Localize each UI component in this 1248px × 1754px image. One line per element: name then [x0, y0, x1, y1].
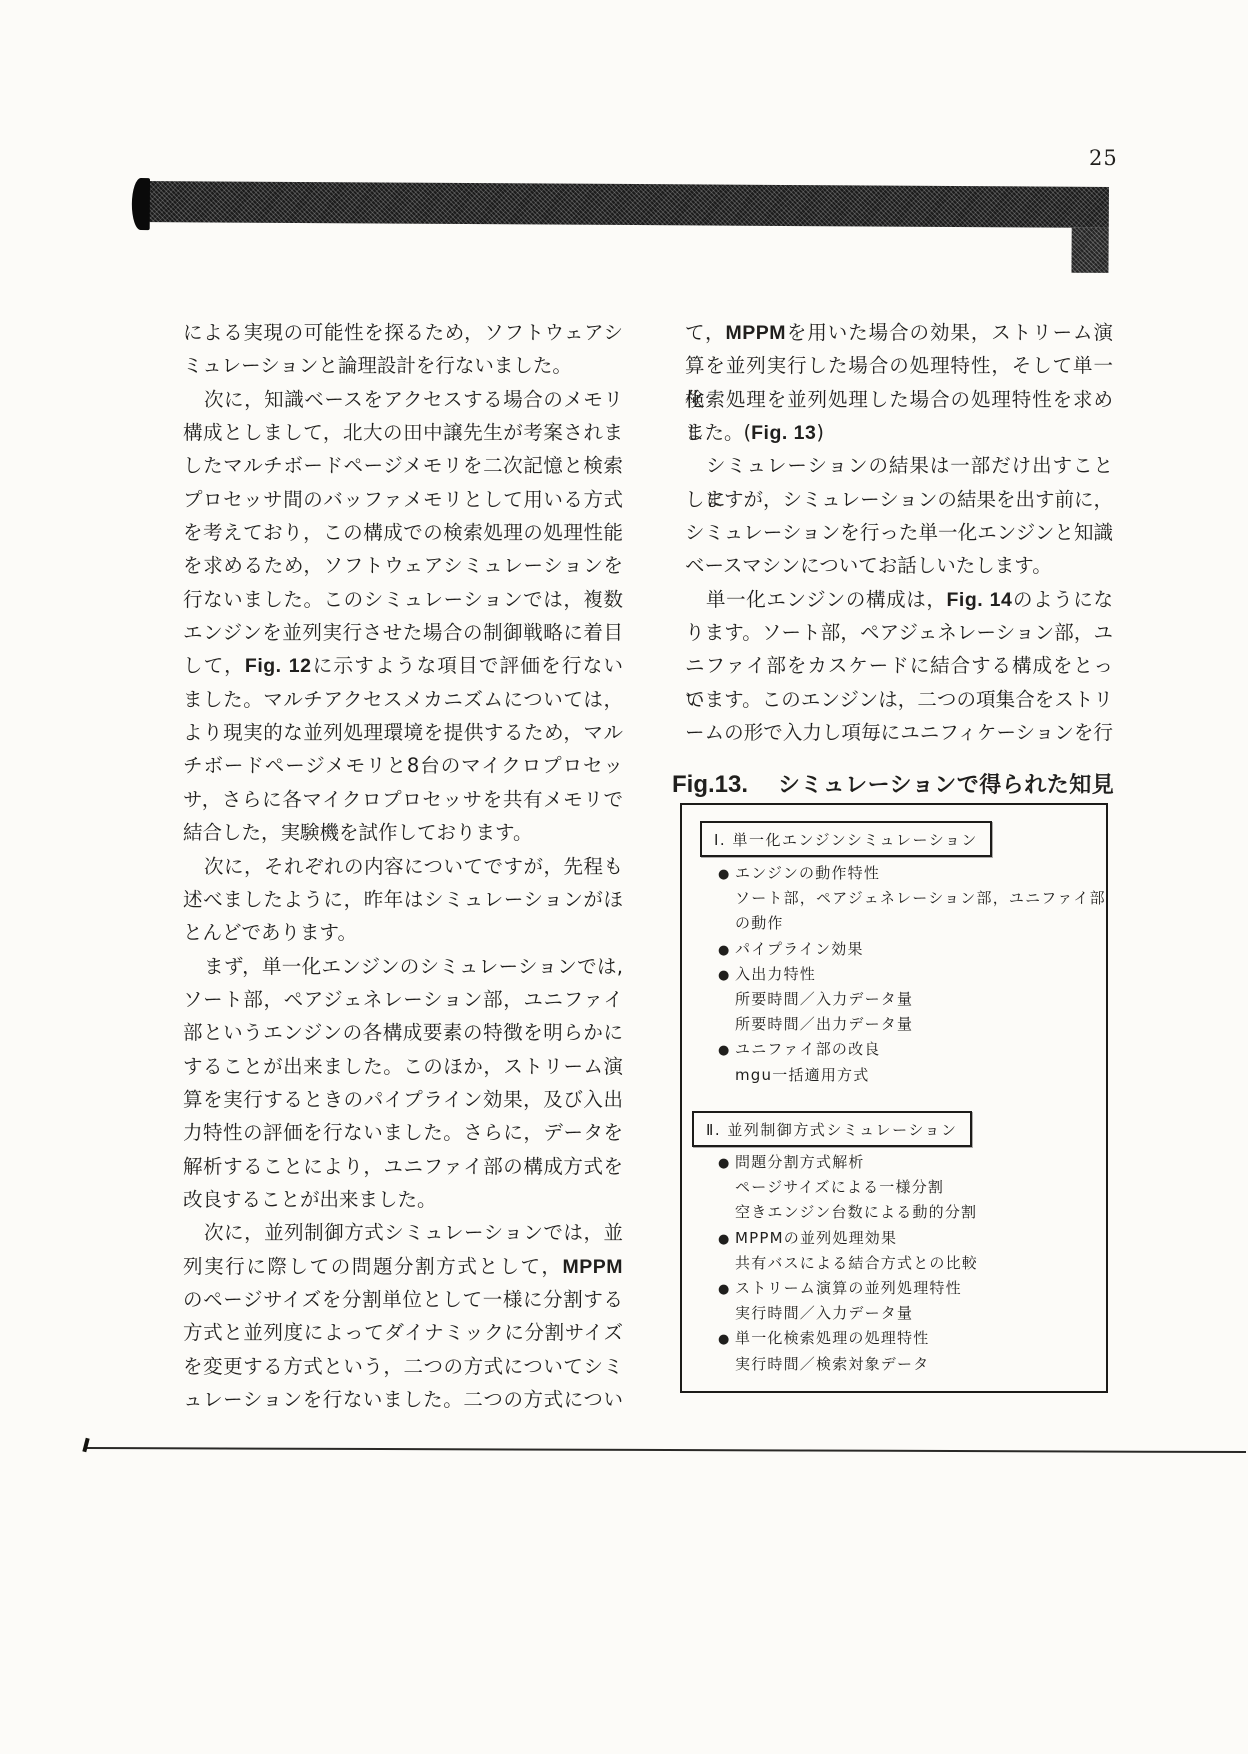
header-bar-right-tab	[1071, 228, 1108, 273]
figure-item-text: ストリーム演算の並列処理特性	[735, 1279, 962, 1297]
header-rule-bar	[136, 181, 1109, 277]
text-line: て，MPPMを用いた場合の効果，ストリーム演	[685, 316, 1113, 349]
text-line: 検索処理を並列処理した場合の処理特性を求めま	[685, 383, 1113, 416]
body-text: 述べましたように，昨年はシミュレーションがほ	[183, 888, 623, 911]
body-text: ュレーションを行ないました。二つの方式につい	[183, 1388, 623, 1411]
body-text: ソート部，ペアジェネレーション部，ユニファイ	[183, 988, 623, 1011]
body-text: )	[816, 421, 824, 444]
figure-item-text: エンジンの動作特性	[735, 864, 880, 882]
body-text: に示すような項目で評価を行ない	[311, 654, 623, 677]
body-text: 次に，それぞれの内容についてですが，先程も	[204, 855, 623, 878]
text-line: ニファイ部をカスケードに結合する構成をとって	[685, 649, 1113, 682]
body-text: います。このエンジンは，二つの項集合をストリ	[685, 688, 1113, 711]
body-text: まず，単一化エンジンのシミュレーションでは,	[204, 955, 623, 978]
figure-list-item: 所要時間／入力データ量	[718, 987, 1106, 1012]
figure-list-item: ●ストリーム演算の並列処理特性	[718, 1276, 978, 1301]
text-line: ります。ソート部，ペアジェネレーション部，ユ	[685, 616, 1113, 649]
figure-list-item: 所要時間／出力データ量	[718, 1012, 1106, 1037]
latin-bold-text: Fig. 14	[946, 589, 1012, 611]
body-text: 構成としまして，北大の田中譲先生が考案されま	[183, 421, 623, 444]
body-text: サ，さらに各マイクロプロセッサを共有メモリで	[183, 788, 623, 811]
body-text: 次に，知識ベースをアクセスする場合のメモリ	[204, 388, 623, 411]
text-line: 改良することが出来ました。	[183, 1183, 623, 1216]
figure-section-1-items: ●エンジンの動作特性ソート部，ペアジェネレーション部，ユニファイ部の動作●パイプ…	[718, 861, 1106, 1088]
figure-list-item: の動作	[718, 911, 1106, 936]
text-line: 行ないました。このシミュレーションでは，複数	[183, 583, 623, 616]
figure-item-text: mgu一括適用方式	[735, 1066, 869, 1084]
body-text: ります。ソート部，ペアジェネレーション部，ユ	[685, 621, 1113, 644]
figure-list-item: 空きエンジン台数による動的分割	[718, 1200, 978, 1225]
body-text: エンジンを並列実行させた場合の制御戦略に着目	[183, 621, 623, 644]
figure-box: Ⅰ. 単一化エンジンシミュレーション ●エンジンの動作特性ソート部，ペアジェネレ…	[680, 803, 1108, 1393]
bullet-icon: ●	[718, 1038, 735, 1063]
body-text: しますが，シミュレーションの結果を出す前に，	[685, 488, 1113, 511]
body-text: ームの形で入力し項毎にユニフィケーションを行	[685, 721, 1113, 744]
left-text-column: による実現の可能性を探るため，ソフトウェアシミュレーションと論理設計を行ないまし…	[183, 316, 623, 1416]
figure-list-item: ページサイズによる一様分割	[718, 1175, 978, 1200]
text-line: まず，単一化エンジンのシミュレーションでは,	[183, 950, 623, 983]
figure-list-item: mgu一括適用方式	[718, 1063, 1106, 1088]
text-line: とんどであります。	[183, 916, 623, 949]
body-text: を求めるため，ソフトウェアシミュレーションを	[183, 554, 623, 577]
text-line: を変更する方式という，二つの方式についてシミ	[183, 1350, 623, 1383]
figure-item-text: ユニファイ部の改良	[735, 1040, 881, 1058]
body-text: シミュレーションを行った単一化エンジンと知識	[685, 521, 1113, 544]
figure-list-item: ●ユニファイ部の改良	[718, 1037, 1106, 1062]
figure-section-1-header: Ⅰ. 単一化エンジンシミュレーション	[700, 821, 992, 857]
text-line: 部というエンジンの各構成要素の特徴を明らかに	[183, 1016, 623, 1049]
body-text: ベースマシンについてお話しいたします。	[685, 554, 1052, 577]
text-line: 単一化エンジンの構成は，Fig. 14のようにな	[685, 583, 1113, 616]
body-text: ました。マルチアクセスメカニズムについては，	[183, 688, 623, 711]
footer-rule-hook	[82, 1438, 89, 1453]
text-line: シミュレーションを行った単一化エンジンと知識	[685, 516, 1113, 549]
text-line: サ，さらに各マイクロプロセッサを共有メモリで	[183, 783, 623, 816]
text-line: 算を実行するときのパイプライン効果，及び入出	[183, 1083, 623, 1116]
text-line: エンジンを並列実行させた場合の制御戦略に着目	[183, 616, 623, 649]
figure-list-item: 共有バスによる結合方式との比較	[718, 1251, 978, 1276]
text-line: 方式と並列度によってダイナミックに分割サイズ	[183, 1316, 623, 1349]
text-line: 算を並列実行した場合の処理特性，そして単一化	[685, 349, 1113, 382]
text-line: います。このエンジンは，二つの項集合をストリ	[685, 683, 1113, 716]
text-line: ソート部，ペアジェネレーション部，ユニファイ	[183, 983, 623, 1016]
body-text: による実現の可能性を探るため，ソフトウェアシ	[183, 321, 623, 344]
body-text: 改良することが出来ました。	[183, 1188, 437, 1211]
figure-item-text: ソート部，ペアジェネレーション部，ユニファイ部	[735, 889, 1106, 907]
text-line: ベースマシンについてお話しいたします。	[685, 549, 1113, 582]
text-line: ュレーションを行ないました。二つの方式につい	[183, 1383, 623, 1416]
figure-item-text: 単一化検索処理の処理特性	[735, 1329, 929, 1347]
text-line: のページサイズを分割単位として一様に分割する	[183, 1283, 623, 1316]
text-line: ました。マルチアクセスメカニズムについては，	[183, 683, 623, 716]
figure-item-text: 所要時間／出力データ量	[735, 1015, 913, 1033]
latin-bold-text: Fig. 12	[245, 655, 312, 677]
body-text: プロセッサ間のバッファメモリとして用いる方式	[183, 488, 623, 511]
text-line: 次に，それぞれの内容についてですが，先程も	[183, 850, 623, 883]
figure-item-text: 所要時間／入力データ量	[735, 990, 913, 1008]
text-line: 構成としまして，北大の田中譲先生が考案されま	[183, 416, 623, 449]
figure-list-item: ●MPPMの並列処理効果	[718, 1226, 978, 1251]
figure-item-text: パイプライン効果	[735, 940, 864, 958]
latin-bold-text: Fig. 13	[751, 422, 816, 444]
body-text: チボードページメモリと8台のマイクロプロセッ	[183, 754, 623, 777]
figure-item-text: 入出力特性	[735, 965, 816, 983]
page-number: 25	[1089, 146, 1118, 170]
body-text: 行ないました。このシミュレーションでは，複数	[183, 588, 623, 611]
text-line: プロセッサ間のバッファメモリとして用いる方式	[183, 483, 623, 516]
text-line: 結合した，実験機を試作しております。	[183, 816, 623, 849]
body-text: ミュレーションと論理設計を行ないました。	[183, 354, 572, 377]
figure-list-item: ●問題分割方式解析	[718, 1150, 978, 1175]
text-line: 述べましたように，昨年はシミュレーションがほ	[183, 883, 623, 916]
body-text: を変更する方式という，二つの方式についてシミ	[183, 1355, 623, 1378]
text-line: 次に，知識ベースをアクセスする場合のメモリ	[183, 383, 623, 416]
body-text: した。(	[685, 421, 751, 444]
text-line: したマルチボードページメモリを二次記憶と検索	[183, 449, 623, 482]
text-line: 列実行に際しての問題分割方式として，MPPM	[183, 1250, 623, 1283]
figure-list-item: 実行時間／入力データ量	[718, 1301, 978, 1326]
text-line: することが出来ました。このほか，ストリーム演	[183, 1050, 623, 1083]
body-text: したマルチボードページメモリを二次記憶と検索	[183, 454, 623, 477]
text-line: しますが，シミュレーションの結果を出す前に，	[685, 483, 1113, 516]
header-bar-texture	[137, 181, 1109, 228]
figure-list-item: ●入出力特性	[718, 962, 1106, 987]
bullet-icon: ●	[718, 1277, 735, 1302]
text-line: した。(Fig. 13)	[685, 416, 1113, 449]
bullet-icon: ●	[718, 1327, 735, 1352]
text-line: による実現の可能性を探るため，ソフトウェアシ	[183, 316, 623, 349]
body-text: 単一化エンジンの構成は，	[706, 588, 946, 611]
scanned-paper-page: 25 による実現の可能性を探るため，ソフトウェアシミュレーションと論理設計を行な…	[0, 0, 1248, 1754]
latin-bold-text: MPPM	[725, 322, 786, 344]
text-line: 解析することにより，ユニファイ部の構成方式を	[183, 1150, 623, 1183]
figure-item-text: の動作	[735, 914, 784, 932]
figure-item-text: 空きエンジン台数による動的分割	[735, 1203, 977, 1221]
body-text: 解析することにより，ユニファイ部の構成方式を	[183, 1155, 623, 1178]
figure-section-2-header: Ⅱ. 並列制御方式シミュレーション	[692, 1111, 972, 1147]
right-text-column: て，MPPMを用いた場合の効果，ストリーム演算を並列実行した場合の処理特性，そし…	[685, 316, 1113, 749]
figure-list-item: ●エンジンの動作特性	[718, 861, 1106, 886]
text-line: を求めるため，ソフトウェアシミュレーションを	[183, 549, 623, 582]
body-text: を用いた場合の効果，ストリーム演	[786, 321, 1113, 344]
figure-item-text: 実行時間／検索対象データ	[735, 1355, 929, 1373]
body-text: を考えており，この構成での検索処理の処理性能	[183, 521, 623, 544]
body-text: のページサイズを分割単位として一様に分割する	[183, 1288, 623, 1311]
body-text: 部というエンジンの各構成要素の特徴を明らかに	[183, 1021, 623, 1044]
body-text: とんどであります。	[183, 921, 357, 944]
body-text: することが出来ました。このほか，ストリーム演	[183, 1055, 623, 1078]
figure-section-2-items: ●問題分割方式解析ページサイズによる一様分割空きエンジン台数による動的分割●MP…	[718, 1150, 978, 1377]
text-line: 力特性の評価を行ないました。さらに，データを	[183, 1116, 623, 1149]
text-line: して，Fig. 12に示すような項目で評価を行ない	[183, 649, 623, 682]
body-text: 結合した，実験機を試作しております。	[183, 821, 532, 844]
body-text: のようにな	[1012, 588, 1113, 611]
body-text: 列実行に際しての問題分割方式として，	[183, 1255, 563, 1278]
figure-item-text: 実行時間／入力データ量	[735, 1304, 913, 1322]
footer-rule	[86, 1447, 1246, 1453]
figure-label: Fig.13.	[672, 771, 748, 798]
text-line: ミュレーションと論理設計を行ないました。	[183, 349, 623, 382]
body-text: て，	[685, 321, 725, 344]
text-line: を考えており，この構成での検索処理の処理性能	[183, 516, 623, 549]
body-text: 次に，並列制御方式シミュレーションでは，並	[204, 1221, 623, 1244]
text-line: シミュレーションの結果は一部だけ出すことに	[685, 449, 1113, 482]
figure-caption: Fig.13.シミュレーションで得られた知見	[672, 768, 1114, 799]
figure-list-item: ●単一化検索処理の処理特性	[718, 1326, 978, 1351]
figure-item-text: ページサイズによる一様分割	[735, 1178, 944, 1196]
text-line: より現実的な並列処理環境を提供するため，マル	[183, 716, 623, 749]
body-text: より現実的な並列処理環境を提供するため，マル	[183, 721, 623, 744]
figure-title: シミュレーションで得られた知見	[778, 773, 1114, 798]
bullet-icon: ●	[718, 862, 735, 887]
bullet-icon: ●	[718, 1151, 735, 1176]
figure-item-text: MPPMの並列処理効果	[735, 1229, 897, 1247]
header-bar-left-cap	[132, 178, 150, 230]
body-text: して，	[183, 654, 245, 677]
figure-list-item: ソート部，ペアジェネレーション部，ユニファイ部	[718, 886, 1106, 911]
bullet-icon: ●	[718, 1227, 735, 1252]
figure-list-item: ●パイプライン効果	[718, 937, 1106, 962]
figure-item-text: 問題分割方式解析	[735, 1153, 865, 1171]
bullet-icon: ●	[718, 938, 735, 963]
figure-list-item: 実行時間／検索対象データ	[718, 1352, 978, 1377]
bullet-icon: ●	[718, 963, 735, 988]
latin-bold-text: MPPM	[563, 1256, 624, 1278]
body-text: 算を実行するときのパイプライン効果，及び入出	[183, 1088, 623, 1111]
body-text: 方式と並列度によってダイナミックに分割サイズ	[183, 1321, 623, 1344]
text-line: 次に，並列制御方式シミュレーションでは，並	[183, 1216, 623, 1249]
body-text: 力特性の評価を行ないました。さらに，データを	[183, 1121, 623, 1144]
text-line: チボードページメモリと8台のマイクロプロセッ	[183, 749, 623, 782]
text-line: ームの形で入力し項毎にユニフィケーションを行	[685, 716, 1113, 749]
figure-item-text: 共有バスによる結合方式との比較	[735, 1254, 978, 1272]
